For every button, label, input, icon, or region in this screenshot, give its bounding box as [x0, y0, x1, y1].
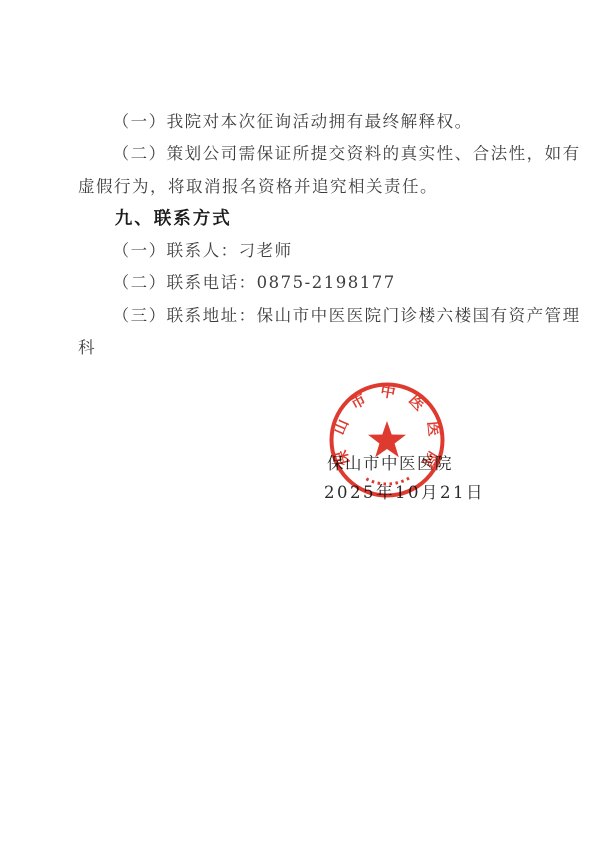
paragraph-item-2-line-2: 虚假行为，将取消报名资格并追究相关责任。 — [78, 171, 530, 203]
paragraph-item-2-line-1: （二）策划公司需保证所提交资料的真实性、合法性，如有 — [78, 138, 530, 170]
contact-address-line-1: （三）联系地址：保山市中医医院门诊楼六楼国有资产管理 — [78, 300, 530, 332]
document-page: （一）我院对本次征询活动拥有最终解释权。 （二）策划公司需保证所提交资料的真实性… — [0, 0, 600, 849]
document-body: （一）我院对本次征询活动拥有最终解释权。 （二）策划公司需保证所提交资料的真实性… — [78, 106, 530, 364]
seal-serial-marks — [365, 478, 409, 484]
official-seal-stamp: 保山市中医医院 — [325, 377, 449, 505]
seal-star-icon — [368, 421, 406, 457]
contact-address-line-2: 科 — [78, 332, 530, 364]
contact-person-line: （一）联系人：刁老师 — [78, 235, 530, 267]
contact-phone-line: （二）联系电话：0875-2198177 — [78, 267, 530, 299]
section-heading-contact: 九、联系方式 — [78, 203, 530, 235]
paragraph-item-1: （一）我院对本次征询活动拥有最终解释权。 — [78, 106, 530, 138]
